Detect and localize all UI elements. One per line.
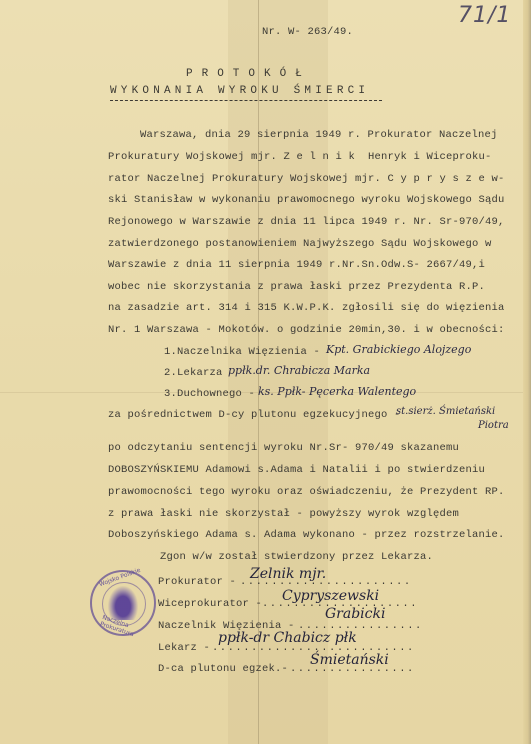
- body-line: na zasadzie art. 314 i 315 K.W.P.K. zgło…: [108, 302, 505, 314]
- document-number: Nr. W- 263/49.: [262, 26, 353, 38]
- platoon-commander-handwritten: st.sierż. Śmietański: [396, 406, 495, 417]
- witness-label: 3.Duchownego -: [164, 388, 255, 400]
- signature-role: Wiceprokurator -: [158, 598, 262, 610]
- title-line-2: WYKONANIA WYROKU ŚMIERCI: [110, 85, 369, 97]
- signature-role: Prokurator -: [158, 576, 236, 588]
- archive-page-number: 71/1: [458, 3, 511, 28]
- signature-naczelnik: Grabicki: [325, 606, 385, 622]
- signature-role: D-ca plutonu egzek.-: [158, 663, 288, 675]
- page-edge: [523, 0, 531, 744]
- body-line: zatwierdzonego postanowieniem Najwyższeg…: [108, 238, 492, 250]
- body-line: po odczytaniu sentencji wyroku Nr.Sr- 97…: [108, 442, 459, 454]
- platoon-commander-line: za pośrednictwem D-cy plutonu egzekucyjn…: [108, 409, 401, 421]
- witness-handwritten-name: ppłk.dr. Chrabicza Marka: [228, 364, 370, 377]
- death-confirmation: Zgon w/w został stwierdzony przez Lekarz…: [160, 551, 433, 563]
- body-line: DOBOSZYŃSKIEMU Adamowi s.Adama i Natalii…: [108, 464, 485, 476]
- body-line: wobec nie skorzystania z prawa łaski prz…: [108, 281, 485, 293]
- eagle-emblem-icon: [108, 586, 138, 620]
- body-line: Prokuratury Wojskowej mjr. Z e l n i k H…: [108, 151, 492, 163]
- body-line: rator Naczelnej Prokuratury Wojskowej mj…: [108, 173, 505, 185]
- platoon-commander-handwritten-2: Piotra: [478, 420, 509, 431]
- signature-wiceprokurator: Cypryszewski: [282, 588, 379, 604]
- signature-prokurator: Zelnik mjr.: [250, 566, 326, 582]
- official-stamp: Wojsko Polskie Naczelna Prokuratura: [90, 570, 156, 636]
- witness-handwritten-name: ks. Ppłk- Pęcerka Walentego: [258, 385, 416, 398]
- signature-platoon-commander: Śmietański: [310, 652, 389, 668]
- witness-label: 2.Lekarza: [164, 367, 223, 379]
- body-line: Nr. 1 Warszawa - Mokotów. o godzinie 20m…: [108, 324, 505, 336]
- title-line-1: PROTOKÓŁ: [186, 68, 311, 80]
- document-page: 71/1 Nr. W- 263/49. PROTOKÓŁ WYKONANIA W…: [0, 0, 531, 744]
- signature-role: Lekarz -: [158, 642, 210, 654]
- title-underline: [110, 100, 382, 101]
- body-line: Rejonowego w Warszawie z dnia 11 lipca 1…: [108, 216, 505, 228]
- body-line: ski Stanisław w wykonaniu prawomocnego w…: [108, 194, 505, 206]
- witness-handwritten-name: Kpt. Grabickiego Alojzego: [326, 343, 471, 356]
- body-line: Warszawie z dnia 11 sierpnia 1949 r.Nr.S…: [108, 259, 485, 271]
- body-line: prawomocności tego wyroku oraz oświadcze…: [108, 486, 505, 498]
- witness-label: 1.Naczelnika Więzienia -: [164, 346, 320, 358]
- body-line: Warszawa, dnia 29 sierpnia 1949 r. Proku…: [140, 129, 498, 141]
- body-line: Doboszyńskiego Adama s. Adama wykonano -…: [108, 529, 505, 541]
- body-line: z prawa łaski nie skorzystał - powyższy …: [108, 508, 459, 520]
- signature-lekarz: ppłk-dr Chabicz płk: [218, 630, 357, 646]
